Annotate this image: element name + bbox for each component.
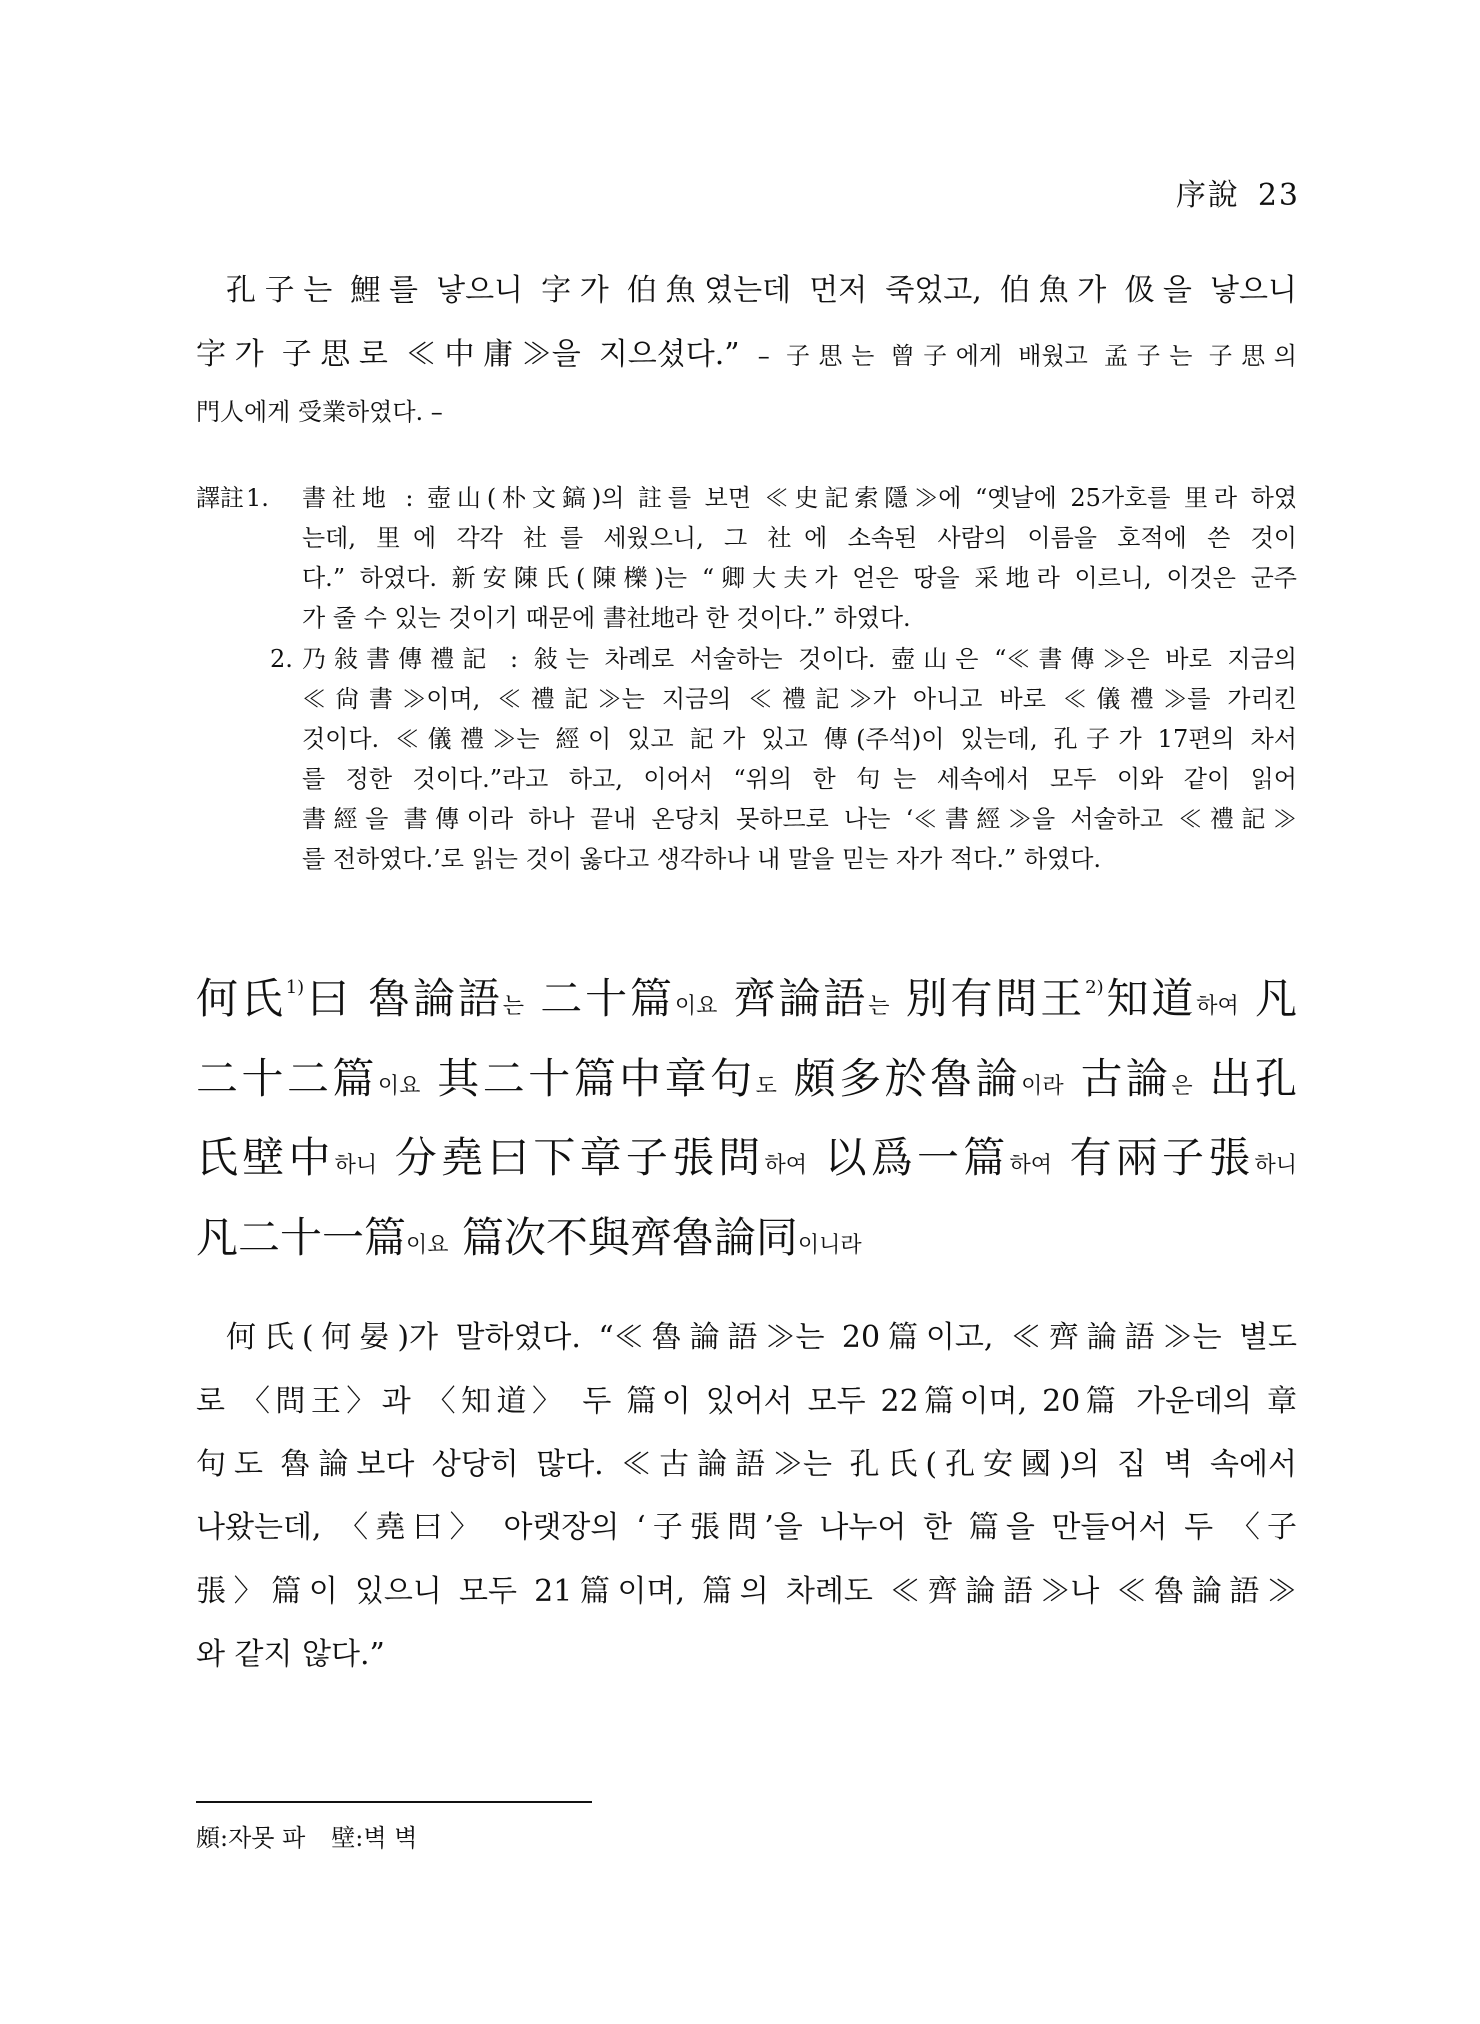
korean-particle: 하여 bbox=[1010, 1153, 1053, 1178]
korean-particle: 는 bbox=[503, 994, 524, 1019]
note-line: 를 정한 것이다.”라고 하고, 이어서 “위의 한 句는 세속에서 모두 이와… bbox=[302, 765, 1297, 793]
hanja-text: 其二十篇中章句 bbox=[420, 1054, 755, 1103]
korean-particle: 이라 bbox=[1021, 1074, 1064, 1099]
hanja-text: 有兩子張 bbox=[1052, 1133, 1254, 1182]
hanja-text: 出孔 bbox=[1193, 1054, 1297, 1103]
translation-line: 와 같지 않다.” bbox=[196, 1638, 1297, 1672]
footnote-marker: 2) bbox=[1085, 977, 1103, 998]
korean-particle: 은 bbox=[1171, 1074, 1192, 1099]
classical-line: 氏壁中하니 分堯曰下章子張問하여 以爲一篇하여 有兩子張하니 bbox=[196, 1134, 1297, 1190]
korean-particle: 하니 bbox=[335, 1153, 378, 1178]
note-line: 다.” 하였다. 新安陳氏(陳櫟)는 “卿大夫가 얻은 땅을 采地라 이르니, … bbox=[302, 564, 1297, 592]
note-line: 乃敍書傳禮記 : 敍는 차례로 서술하는 것이다. 壺山은 “≪書傳≫은 바로 … bbox=[302, 645, 1297, 673]
translation-line: 何氏(何晏)가 말하였다. “≪魯論語≫는 20篇이고, ≪齊論語≫는 별도 bbox=[226, 1321, 1297, 1355]
note-line: ≪尙書≫이며, ≪禮記≫는 지금의 ≪禮記≫가 아니고 바로 ≪儀禮≫를 가리킨 bbox=[302, 685, 1297, 713]
hanja-text: 凡二十一篇 bbox=[196, 1213, 406, 1262]
footnote-rule bbox=[196, 1801, 592, 1803]
classical-line: 何氏1)曰 魯論語는 二十篇이요 齊論語는 別有問王2)知道하여 凡 bbox=[196, 975, 1297, 1031]
translator-notes-label: 譯註 bbox=[196, 484, 244, 512]
hanja-text: 二十二篇 bbox=[196, 1054, 378, 1103]
korean-particle: 하여 bbox=[765, 1153, 808, 1178]
paragraph-line: 字가 子思로 ≪中庸≫을 지으셨다.” – 子思는 曾子에게 배웠고 孟子는 子… bbox=[196, 338, 1297, 373]
korean-particle: 하여 bbox=[1196, 994, 1239, 1019]
hanja-text: 凡 bbox=[1239, 974, 1297, 1023]
hanja-text: 齊論語 bbox=[717, 974, 868, 1023]
note-line: 書經을 書傳이라 하나 끝내 온당치 못하므로 나는 ‘≪書經≫을 서술하고 ≪… bbox=[302, 805, 1297, 833]
paragraph-line-main: 字가 子思로 ≪中庸≫을 지으셨다.” bbox=[196, 337, 740, 372]
paragraph-line: 門人에게 受業하였다. – bbox=[196, 395, 1297, 429]
footnote-gloss: :자못 파 bbox=[220, 1824, 305, 1852]
note-number: 2. bbox=[270, 645, 293, 673]
hanja-text: 頗多於魯論 bbox=[777, 1054, 1021, 1103]
footnote-char: 壁 bbox=[331, 1824, 355, 1852]
hanja-text: 分堯曰下章子張問 bbox=[377, 1133, 764, 1182]
hanja-text: 知道 bbox=[1104, 974, 1197, 1023]
korean-particle: 하니 bbox=[1254, 1153, 1297, 1178]
paragraph-line: 孔子는 鯉를 낳으니 字가 伯魚였는데 먼저 죽었고, 伯魚가 伋을 낳으니 bbox=[226, 274, 1297, 308]
hanja-text: 曰 魯論語 bbox=[304, 974, 503, 1023]
korean-particle: 이요 bbox=[675, 994, 718, 1019]
hanja-text: 二十篇 bbox=[524, 974, 675, 1023]
hanja-text: 別有問王 bbox=[889, 974, 1085, 1023]
hanja-text: 何氏 bbox=[196, 974, 286, 1023]
paragraph-line-note: – 子思는 曾子에게 배웠고 孟子는 子思의 bbox=[758, 342, 1297, 370]
korean-particle: 이니라 bbox=[798, 1233, 862, 1258]
note-line: 를 전하였다.’로 읽는 것이 옳다고 생각하나 내 말을 믿는 자가 적다.”… bbox=[302, 845, 1297, 873]
translation-line: 로 〈問王〉과 〈知道〉 두 篇이 있어서 모두 22篇이며, 20篇 가운데의… bbox=[196, 1385, 1297, 1419]
classical-line: 凡二十一篇이요 篇次不與齊魯論同이니라 bbox=[196, 1214, 1297, 1270]
book-page: 序說23 孔子는 鯉를 낳으니 字가 伯魚였는데 먼저 죽었고, 伯魚가 伋을 … bbox=[0, 0, 1480, 2024]
running-head: 序說23 bbox=[1176, 170, 1300, 214]
korean-particle: 이요 bbox=[378, 1074, 421, 1099]
korean-particle: 는 bbox=[868, 994, 889, 1019]
note-number: 1. bbox=[246, 484, 269, 512]
classical-line: 二十二篇이요 其二十篇中章句도 頗多於魯論이라 古論은 出孔 bbox=[196, 1055, 1297, 1111]
translation-line: 張〉篇이 있으니 모두 21篇이며, 篇의 차례도 ≪齊論語≫나 ≪魯論語≫ bbox=[196, 1575, 1297, 1609]
section-title: 序說 bbox=[1176, 178, 1240, 213]
note-line: 는데, 里에 각각 社를 세웠으니, 그 社에 소속된 사람의 이름을 호적에 … bbox=[302, 524, 1297, 552]
footnote-gloss: :벽 벽 bbox=[355, 1824, 417, 1852]
translation-line: 나왔는데, 〈堯曰〉 아랫장의 ‘子張問’을 나누어 한 篇을 만들어서 두 〈… bbox=[196, 1511, 1297, 1545]
footnote-marker: 1) bbox=[286, 977, 304, 998]
note-line: 가 줄 수 있는 것이기 때문에 書社地라 한 것이다.” 하였다. bbox=[302, 604, 1297, 632]
note-line: 것이다. ≪儀禮≫는 經이 있고 記가 있고 傳(주석)이 있는데, 孔子가 1… bbox=[302, 725, 1297, 753]
hanja-text: 篇次不與齊魯論同 bbox=[449, 1213, 798, 1262]
hanja-text: 古論 bbox=[1064, 1054, 1172, 1103]
footnote-char: 頗 bbox=[196, 1824, 220, 1852]
footnote: 頗:자못 파壁:벽 벽 bbox=[196, 1818, 417, 1853]
hanja-text: 氏壁中 bbox=[196, 1133, 335, 1182]
hanja-text: 以爲一篇 bbox=[807, 1133, 1009, 1182]
korean-particle: 도 bbox=[756, 1074, 777, 1099]
translation-line: 句도 魯論보다 상당히 많다. ≪古論語≫는 孔氏(孔安國)의 집 벽 속에서 bbox=[196, 1448, 1297, 1482]
note-line: 書社地 : 壺山(朴文鎬)의 註를 보면 ≪史記索隱≫에 “옛날에 25가호를 … bbox=[302, 484, 1297, 512]
page-number: 23 bbox=[1258, 178, 1300, 213]
korean-particle: 이요 bbox=[406, 1233, 449, 1258]
